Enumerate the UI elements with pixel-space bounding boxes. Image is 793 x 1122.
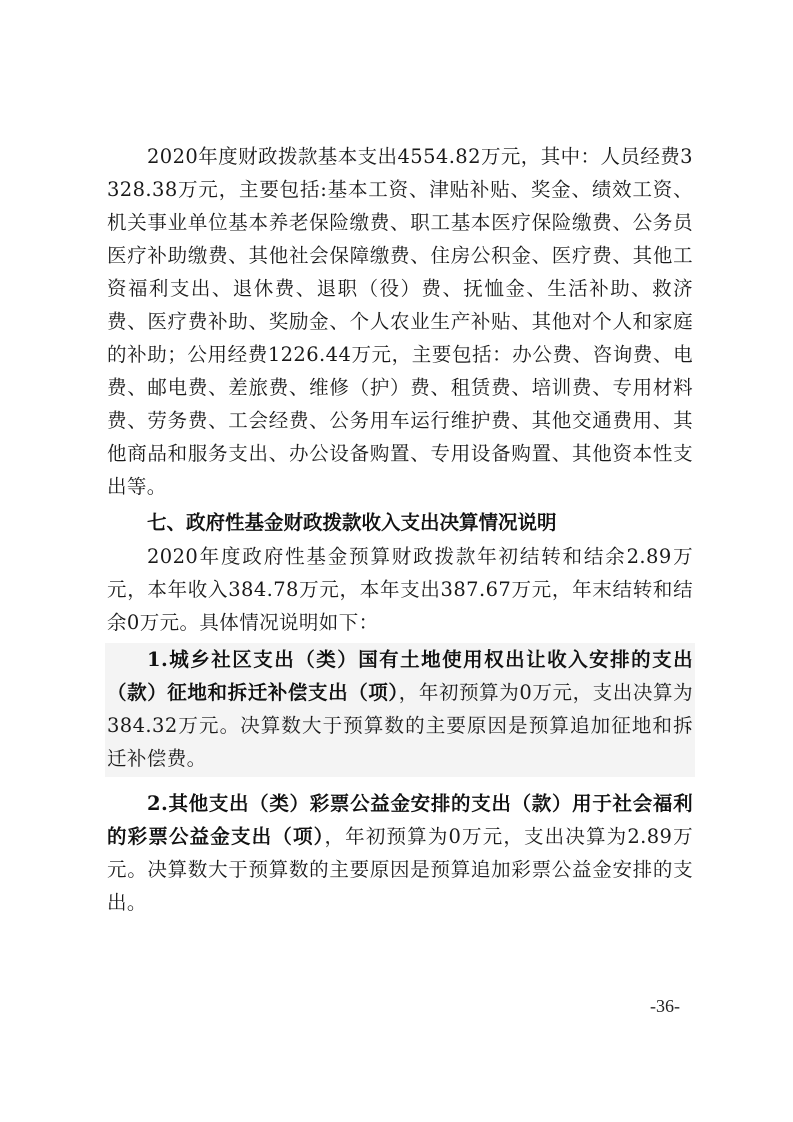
item-1-block: 1.城乡社区支出（类）国有土地使用权出让收入安排的支出（款）征地和拆迁补偿支出（… [105,643,695,777]
item-2-paragraph: 2.其他支出（类）彩票公益金安排的支出（款）用于社会福利的彩票公益金支出（项），… [107,787,693,919]
fund-summary-paragraph: 2020年度政府性基金预算财政拨款年初结转和结余2.89万元，本年收入384.7… [107,540,693,639]
document-page: 2020年度财政拨款基本支出4554.82万元，其中：人员经费3328.38万元… [0,0,793,1122]
item-2-block: 2.其他支出（类）彩票公益金安排的支出（款）用于社会福利的彩票公益金支出（项），… [107,787,693,919]
section-heading: 七、政府性基金财政拨款收入支出决算情况说明 [107,505,693,540]
page-content: 2020年度财政拨款基本支出4554.82万元，其中：人员经费3328.38万元… [107,140,693,919]
basic-expenditure-paragraph: 2020年度财政拨款基本支出4554.82万元，其中：人员经费3328.38万元… [107,140,693,503]
page-number: -36- [650,996,680,1017]
item-1-paragraph: 1.城乡社区支出（类）国有土地使用权出让收入安排的支出（款）征地和拆迁补偿支出（… [107,643,693,775]
